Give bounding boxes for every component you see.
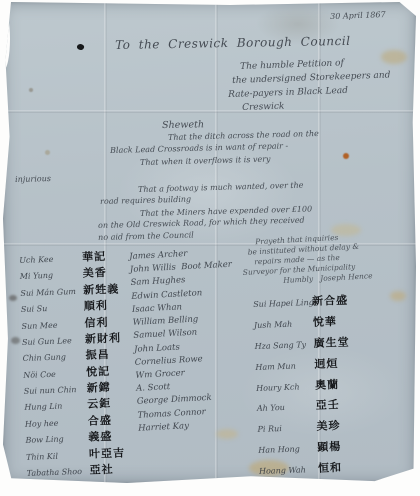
signature-row: Hza Sang Ty廣生堂 xyxy=(254,336,349,350)
signature-row: Han Hong顕楊 xyxy=(258,441,353,455)
document-date: 30 April 1867 xyxy=(330,10,386,21)
signature-row: Houry Kch奧蘭 xyxy=(256,378,351,392)
signatory-name: Sui Mán Gum xyxy=(20,287,78,298)
signatory-name: Edwin Castleton xyxy=(131,288,202,302)
signatory-name: Cornelius Rowe xyxy=(135,354,203,368)
document-title: To the Creswick Borough Council xyxy=(115,34,351,52)
body-line: on the Old Creswick Road, for which they… xyxy=(98,216,305,230)
petition-document: 30 April 1867 To the Creswick Borough Co… xyxy=(3,2,416,483)
signatory-chinese-seal: 信利 xyxy=(84,316,108,328)
signatory-name: Hung Lin xyxy=(24,401,82,412)
signatory-name: Houry Kch xyxy=(256,382,310,393)
signatory-chinese-seal: 新甡義 xyxy=(83,283,119,295)
prayer-block: Prayeth that inquiries be instituted wit… xyxy=(241,231,373,288)
signatory-chinese-seal: 美香 xyxy=(83,267,107,279)
signatory-name: Sui Su xyxy=(21,303,79,314)
signatory-chinese-seal: 迥烜 xyxy=(314,358,338,370)
signatory-name: Samuel Wilson xyxy=(133,328,197,341)
petition-intro-line: Rate-payers in Black Lead xyxy=(228,86,348,100)
signature-row: Tabatha Shoo亞社 xyxy=(26,462,166,478)
signatory-name: Hza Sang Ty xyxy=(255,340,309,351)
signatory-chinese-seal: 振昌 xyxy=(85,349,109,361)
signatory-name: Sam Hughes xyxy=(130,276,185,289)
signatory-name: Thomas Connor xyxy=(137,407,206,421)
signatory-chinese-seal: 叶亞吉 xyxy=(89,447,125,459)
signatory-name: Sui Hapei Ling xyxy=(253,298,307,309)
signatory-chinese-seal: 顕楊 xyxy=(317,441,341,453)
stain-right-mid xyxy=(390,291,406,301)
signatory-chinese-seal: 新鏛 xyxy=(87,382,111,394)
body-line: Black Lead Crossroads is in want of repa… xyxy=(110,141,288,155)
signature-row: Pi Rui美珍 xyxy=(257,420,352,434)
signatory-name: Ah You xyxy=(257,402,311,413)
signatory-name: Harriet Kay xyxy=(138,421,189,434)
signatory-name: Sui Gun Lee xyxy=(22,336,80,347)
torn-edge-top-left xyxy=(0,8,10,70)
petition-intro-line: Creswick xyxy=(242,102,285,113)
body-line: injurious xyxy=(15,174,51,184)
signatory-name: George Dimmock xyxy=(137,393,212,407)
body-line: road requires building xyxy=(100,195,191,206)
signatory-chinese-seal: 悅記 xyxy=(86,366,110,378)
signatory-name: John Loats xyxy=(134,342,180,354)
signatory-chinese-seal: 新財利 xyxy=(85,332,121,344)
signatory-name: Chin Gung xyxy=(22,352,80,363)
signatory-name: Uch Kee xyxy=(19,254,77,265)
speck-1 xyxy=(29,88,33,92)
signatory-name: Wm Grocer xyxy=(135,368,185,381)
signatory-name: Pi Rui xyxy=(257,423,311,434)
signatory-chinese-seal: 亞社 xyxy=(89,464,113,476)
fold-line-horizontal-1 xyxy=(3,110,416,113)
signatory-chinese-seal: 奧蘭 xyxy=(315,379,339,391)
rust-stain xyxy=(343,153,349,159)
signatory-name: Sui nun Chin xyxy=(24,385,82,396)
body-heading: Sheweth xyxy=(162,119,204,131)
signature-row: Thin Kil叶亞吉 xyxy=(26,445,166,461)
body-line: That a footway is much wanted, over the xyxy=(138,181,304,194)
signatory-name: Bow Ling xyxy=(25,434,83,445)
signature-column-middle: James Archer John Willis Boot Maker Sam … xyxy=(129,247,240,434)
signatory-name: William Belling xyxy=(132,315,198,328)
body-line: no aid from the Council xyxy=(98,230,194,242)
signature-row: Sui Hapei Ling新合盛 xyxy=(253,295,348,309)
edge-spot-1 xyxy=(9,295,17,301)
signatory-name: A. Scott xyxy=(136,382,171,394)
petition-intro-line: the undersigned Storekeepers and xyxy=(232,70,391,86)
signature-row: Hoang Wah恒和 xyxy=(259,462,354,476)
petition-intro-line: The humble Petition of xyxy=(240,58,344,72)
signature-row: Ah You亞壬 xyxy=(257,399,352,413)
signatory-chinese-seal: 華記 xyxy=(82,251,106,263)
signatory-name: Ham Mun xyxy=(255,361,309,372)
body-line: That when it overflows it is very xyxy=(140,155,271,167)
edge-spot-2 xyxy=(11,337,20,344)
signatory-chinese-seal: 亞壬 xyxy=(316,399,340,411)
signatory-name: Sun Mee xyxy=(21,319,79,330)
signatory-name: Thin Kil xyxy=(26,450,84,461)
signatory-chinese-seal: 悅華 xyxy=(313,316,337,328)
signatory-chinese-seal: 廣生堂 xyxy=(313,336,349,348)
signatory-chinese-seal: 美珍 xyxy=(316,420,340,432)
signature-row: Jush Mah悅華 xyxy=(254,316,349,330)
signatory-chinese-seal: 新合盛 xyxy=(312,295,348,307)
signatory-name: Jush Mah xyxy=(254,319,308,330)
photo-background: 30 April 1867 To the Creswick Borough Co… xyxy=(0,0,420,496)
signatory-name: Hoy hee xyxy=(25,418,83,429)
signatory-chinese-seal: 云鉅 xyxy=(87,398,111,410)
speck-2 xyxy=(45,150,50,155)
signatory-chinese-seal: 順利 xyxy=(84,300,108,312)
signatory-chinese-seal: 合盛 xyxy=(88,415,112,427)
signatory-chinese-seal: 恒和 xyxy=(318,462,342,474)
signatory-name: Isaac Whan xyxy=(132,302,183,315)
stain-mid-bottom xyxy=(216,429,238,439)
signatory-name: James Archer xyxy=(129,249,188,262)
signature-column-right: Sui Hapei Ling新合盛 Jush Mah悅華 Hza Sang Ty… xyxy=(253,295,354,476)
signatory-chinese-seal: 義盛 xyxy=(88,431,112,443)
signatory-name: Tabatha Shoo xyxy=(26,467,84,478)
body-line: That the ditch across the road on the xyxy=(168,129,319,142)
ink-blot xyxy=(76,43,85,51)
signatory-name: Hoang Wah xyxy=(259,465,313,476)
signatory-name: Mi Yung xyxy=(20,270,78,281)
stain-top-right xyxy=(381,50,407,64)
signatory-name: Han Hong xyxy=(258,444,312,455)
signature-row: Ham Mun迥烜 xyxy=(255,357,350,371)
signatory-name: Nöi Coe xyxy=(23,369,81,380)
